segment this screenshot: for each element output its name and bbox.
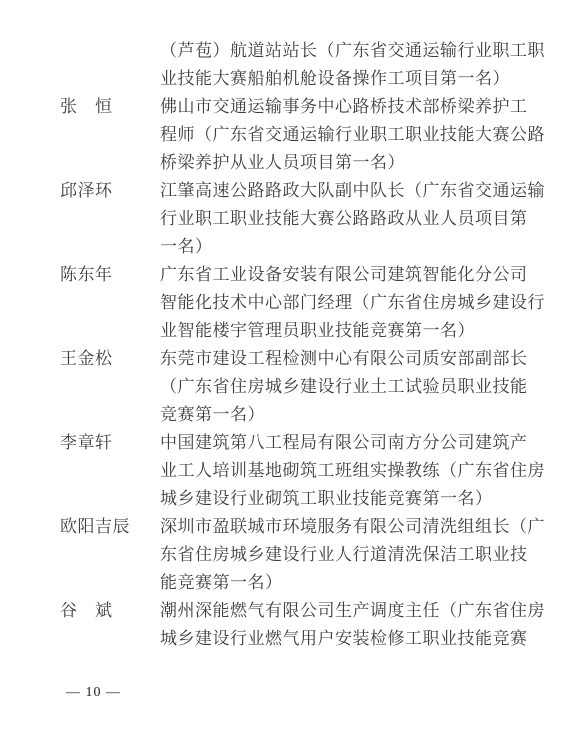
- description-line: 程师（广东省交通运输行业职工职业技能大赛公路: [160, 121, 545, 149]
- awardee-name: 李章轩: [60, 429, 160, 457]
- award-entry: 欧阳吉辰 深圳市盈联城市环境服务有限公司清洗组组长（广 东省住房城乡建设行业人行…: [60, 513, 540, 597]
- description-line: 竞赛第一名）: [160, 401, 540, 429]
- awardee-name: 张 恒: [60, 93, 160, 121]
- awardee-description: 江肇高速公路路政大队副中队长（广东省交通运输 行业职工职业技能大赛公路路政从业人…: [160, 177, 545, 261]
- description-line: 业智能楼宇管理员职业技能竞赛第一名）: [160, 317, 545, 345]
- description-line: 一名）: [160, 233, 545, 261]
- awardee-name: 王金松: [60, 345, 160, 373]
- awardee-description: 广东省工业设备安装有限公司建筑智能化分公司 智能化技术中心部门经理（广东省住房城…: [160, 261, 545, 345]
- description-line: 城乡建设行业砌筑工职业技能竞赛第一名）: [160, 485, 545, 513]
- description-line: 智能化技术中心部门经理（广东省住房城乡建设行: [160, 289, 545, 317]
- award-entry: 邱泽环 江肇高速公路路政大队副中队长（广东省交通运输 行业职工职业技能大赛公路路…: [60, 177, 540, 261]
- award-entry: 李章轩 中国建筑第八工程局有限公司南方分公司建筑产 业工人培训基地砌筑工班组实操…: [60, 429, 540, 513]
- description-line: 城乡建设行业燃气用户安装检修工职业技能竞赛: [160, 625, 545, 653]
- awardee-description: （芦苞）航道站站长（广东省交通运输行业职工职 业技能大赛船舶机舱设备操作工项目第…: [160, 37, 545, 93]
- description-line: 中国建筑第八工程局有限公司南方分公司建筑产: [160, 429, 545, 457]
- description-line: 行业职工职业技能大赛公路路政从业人员项目第: [160, 205, 545, 233]
- description-line: 广东省工业设备安装有限公司建筑智能化分公司: [160, 261, 545, 289]
- awardee-name: 陈东年: [60, 261, 160, 289]
- awardee-name: 邱泽环: [60, 177, 160, 205]
- description-line: 业工人培训基地砌筑工班组实操教练（广东省住房: [160, 457, 545, 485]
- awardee-description: 东莞市建设工程检测中心有限公司质安部副部长 （广东省住房城乡建设行业土工试验员职…: [160, 345, 540, 429]
- description-line: （芦苞）航道站站长（广东省交通运输行业职工职: [160, 37, 545, 65]
- award-entry: 王金松 东莞市建设工程检测中心有限公司质安部副部长 （广东省住房城乡建设行业土工…: [60, 345, 540, 429]
- description-line: 业技能大赛船舶机舱设备操作工项目第一名）: [160, 65, 545, 93]
- award-entry: 张 恒 佛山市交通运输事务中心路桥技术部桥梁养护工 程师（广东省交通运输行业职工…: [60, 93, 540, 177]
- description-line: （广东省住房城乡建设行业土工试验员职业技能: [160, 373, 540, 401]
- description-line: 潮州深能燃气有限公司生产调度主任（广东省住房: [160, 597, 545, 625]
- award-entry: 陈东年 广东省工业设备安装有限公司建筑智能化分公司 智能化技术中心部门经理（广东…: [60, 261, 540, 345]
- awardee-description: 潮州深能燃气有限公司生产调度主任（广东省住房 城乡建设行业燃气用户安装检修工职业…: [160, 597, 545, 653]
- description-line: 江肇高速公路路政大队副中队长（广东省交通运输: [160, 177, 545, 205]
- award-entry: 谷 斌 潮州深能燃气有限公司生产调度主任（广东省住房 城乡建设行业燃气用户安装检…: [60, 597, 540, 653]
- description-line: 佛山市交通运输事务中心路桥技术部桥梁养护工: [160, 93, 545, 121]
- awardee-name: 欧阳吉辰: [60, 513, 160, 541]
- description-line: 深圳市盈联城市环境服务有限公司清洗组组长（广: [160, 513, 545, 541]
- awardee-description: 佛山市交通运输事务中心路桥技术部桥梁养护工 程师（广东省交通运输行业职工职业技能…: [160, 93, 545, 177]
- description-line: 桥梁养护从业人员项目第一名）: [160, 149, 545, 177]
- page-number: — 10 —: [66, 684, 121, 702]
- awardee-name: 谷 斌: [60, 597, 160, 625]
- award-entry: （芦苞）航道站站长（广东省交通运输行业职工职 业技能大赛船舶机舱设备操作工项目第…: [60, 37, 540, 93]
- description-line: 东莞市建设工程检测中心有限公司质安部副部长: [160, 345, 540, 373]
- awardee-description: 深圳市盈联城市环境服务有限公司清洗组组长（广 东省住房城乡建设行业人行道清洗保洁…: [160, 513, 545, 597]
- award-list: （芦苞）航道站站长（广东省交通运输行业职工职 业技能大赛船舶机舱设备操作工项目第…: [60, 37, 540, 653]
- description-line: 能竞赛第一名）: [160, 569, 545, 597]
- description-line: 东省住房城乡建设行业人行道清洗保洁工职业技: [160, 541, 545, 569]
- document-page: （芦苞）航道站站长（广东省交通运输行业职工职 业技能大赛船舶机舱设备操作工项目第…: [0, 0, 588, 731]
- awardee-description: 中国建筑第八工程局有限公司南方分公司建筑产 业工人培训基地砌筑工班组实操教练（广…: [160, 429, 545, 513]
